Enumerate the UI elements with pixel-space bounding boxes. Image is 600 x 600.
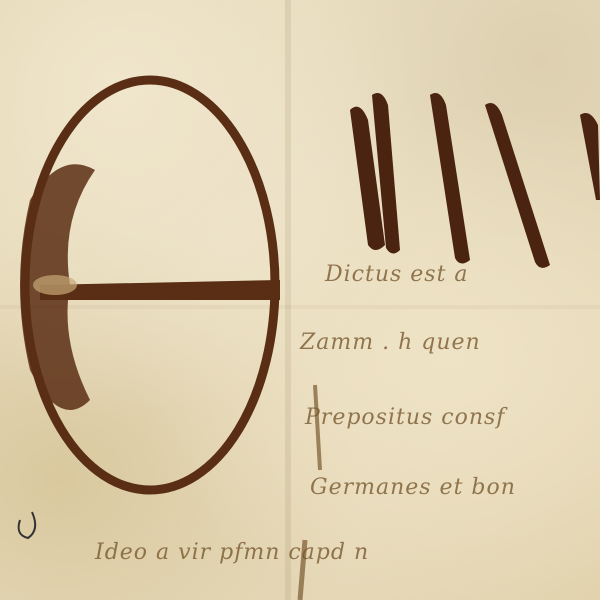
text-line-3: Prepositus consf: [305, 405, 505, 430]
text-line-4: Germanes et bon: [310, 475, 516, 500]
text-line-2: Zamm . h quen: [300, 330, 481, 355]
decorated-initial: [0, 0, 600, 600]
text-line-5: Ideo a vir pfmn capd n: [95, 540, 369, 565]
text-line-1: Dictus est a: [325, 262, 469, 287]
manuscript-photo: Dictus est a Zamm . h quen Prepositus co…: [0, 0, 600, 600]
